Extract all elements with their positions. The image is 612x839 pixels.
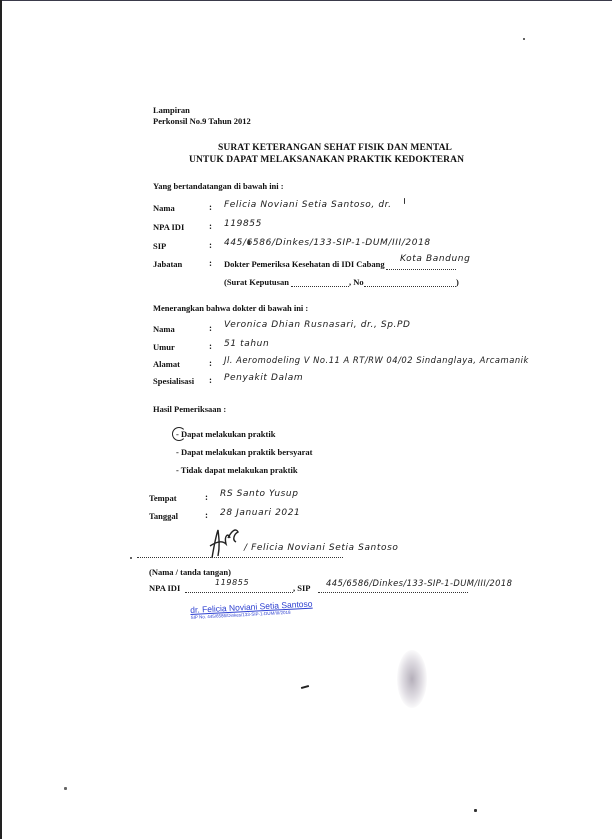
signer-sip-label: SIP <box>153 241 166 251</box>
scan-speck <box>248 240 250 245</box>
colon: : <box>209 258 212 268</box>
colon: : <box>209 240 212 250</box>
colon: : <box>205 510 208 520</box>
signer-written-name: / Felicia Noviani Setia Santoso <box>244 543 399 553</box>
signer-intro: Yang bertandatangan di bawah ini : <box>153 181 284 191</box>
colon: : <box>209 375 212 385</box>
footer-npa-label: NPA IDI <box>149 583 180 593</box>
signer-name-label: Nama <box>153 203 175 213</box>
scan-speck <box>64 787 67 790</box>
result-option-conditional: - Dapat melakukan praktik bersyarat <box>176 447 312 457</box>
place-value: RS Santo Yusup <box>220 489 299 499</box>
colon: : <box>209 323 212 333</box>
result-option-practice-allowed: - Dapat melakukan praktik <box>176 429 275 439</box>
handwritten-signature-icon <box>206 524 242 564</box>
signature-caption: (Nama / tanda tangan) <box>149 567 231 577</box>
date-value: 28 Januari 2021 <box>220 508 300 518</box>
scan-speck <box>474 809 477 812</box>
scanned-document-page: Lampiran Perkonsil No.9 Tahun 2012 SURAT… <box>0 0 612 839</box>
scan-speck <box>404 198 405 204</box>
colon: : <box>209 221 212 231</box>
decree-number-fill-line <box>364 286 456 287</box>
scan-speck <box>523 38 525 40</box>
ink-mark <box>301 685 309 689</box>
footer-sip-value: 445/6586/Dinkes/133-SIP-1-DUM/III/2018 <box>326 578 512 588</box>
scan-smudge <box>397 650 427 708</box>
colon: : <box>209 358 212 368</box>
attachment-label: Lampiran <box>153 105 190 115</box>
colon: : <box>209 202 212 212</box>
patient-name-label: Nama <box>153 324 175 334</box>
signer-position-text: Dokter Pemeriksa Kesehatan di IDI Cabang <box>224 259 385 269</box>
decree-label: (Surat Keputusan <box>224 277 289 287</box>
patient-specialization-value: Penyakit Dalam <box>224 373 303 383</box>
signer-name-value: Felicia Noviani Setia Santoso, dr. <box>224 200 392 210</box>
patient-intro: Menerangkan bahwa dokter di bawah ini : <box>153 303 308 313</box>
decree-number-label: , No <box>349 277 364 287</box>
scan-edge <box>2 0 612 1</box>
patient-specialization-label: Spesialisasi <box>153 376 194 386</box>
footer-sip-line <box>318 592 468 593</box>
signer-position-branch: Kota Bandung <box>400 254 470 264</box>
regulation-reference: Perkonsil No.9 Tahun 2012 <box>153 116 251 126</box>
decree-close: ) <box>456 277 459 287</box>
signer-npa-label: NPA IDI <box>153 222 184 232</box>
scan-speck <box>130 557 132 559</box>
patient-address-label: Alamat <box>153 359 180 369</box>
patient-age-value: 51 tahun <box>224 339 269 349</box>
position-fill-line <box>386 269 456 270</box>
signer-sip-value: 445/6586/Dinkes/133-SIP-1-DUM/III/2018 <box>224 238 431 248</box>
colon: : <box>205 492 208 502</box>
signature-line <box>137 557 343 558</box>
document-title-line1: SURAT KETERANGAN SEHAT FISIK DAN MENTAL <box>218 143 452 153</box>
patient-name-value: Veronica Dhian Rusnasari, dr., Sp.PD <box>224 320 411 330</box>
document-title-line2: UNTUK DAPAT MELAKSANAKAN PRAKTIK KEDOKTE… <box>189 155 464 165</box>
patient-age-label: Umur <box>153 342 175 352</box>
colon: : <box>209 341 212 351</box>
signer-npa-value: 119855 <box>224 219 262 229</box>
decree-fill-line <box>291 286 349 287</box>
footer-npa-line <box>185 592 293 593</box>
doctor-stamp: dr. Felicia Noviani Setia Santoso SIP No… <box>190 599 313 620</box>
patient-address-value: Jl. Aeromodeling V No.11 A RT/RW 04/02 S… <box>224 355 529 365</box>
place-label: Tempat <box>149 493 177 503</box>
footer-sip-label: , SIP <box>293 583 310 593</box>
date-label: Tanggal <box>149 511 178 521</box>
result-option-not-allowed: - Tidak dapat melakukan praktik <box>176 465 298 475</box>
results-heading: Hasil Pemeriksaan : <box>153 404 226 414</box>
footer-npa-value: 119855 <box>215 578 249 587</box>
signer-position-label: Jabatan <box>153 259 182 269</box>
